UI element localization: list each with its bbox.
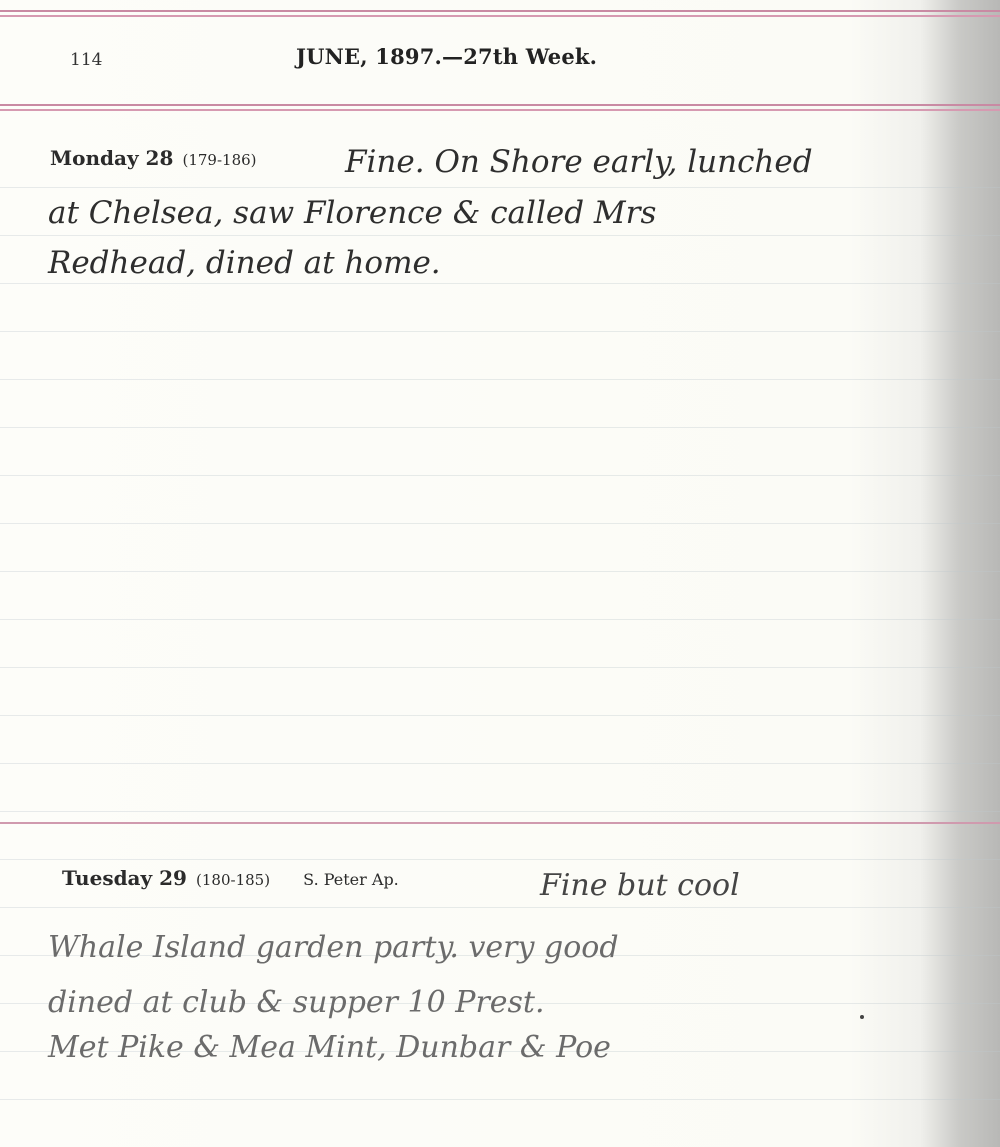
header-bottom-double-rule	[0, 104, 1000, 111]
day-of-year-range: (180-185)	[196, 871, 270, 889]
day-header: Monday 28 (179-186)	[50, 146, 257, 170]
page-number: 114	[70, 50, 102, 70]
handwritten-line: Redhead, dined at home.	[48, 245, 441, 281]
day-name: Monday 28	[50, 146, 173, 170]
day-header: Tuesday 29 (180-185) S. Peter Ap.	[62, 866, 399, 890]
feast-day: S. Peter Ap.	[303, 870, 399, 889]
handwritten-line: Fine but cool	[540, 868, 740, 903]
day-divider-rule	[0, 822, 1000, 824]
day-of-year-range: (179-186)	[182, 151, 256, 169]
page-title: JUNE, 1897.—27th Week.	[296, 44, 597, 69]
diary-page: 114 JUNE, 1897.—27th Week. Monday 28 (17…	[0, 0, 1000, 1147]
handwritten-line: Met Pike & Mea Mint, Dunbar & Poe	[48, 1030, 611, 1065]
top-double-rule	[0, 10, 1000, 17]
handwritten-line: dined at club & supper 10 Prest.	[48, 985, 545, 1020]
handwritten-line: at Chelsea, saw Florence & called Mrs	[48, 195, 656, 231]
handwritten-line: Whale Island garden party. very good	[48, 930, 619, 965]
ink-speck	[860, 1015, 864, 1019]
day-name: Tuesday 29	[62, 866, 187, 890]
handwritten-line: Fine. On Shore early, lunched	[345, 144, 813, 180]
